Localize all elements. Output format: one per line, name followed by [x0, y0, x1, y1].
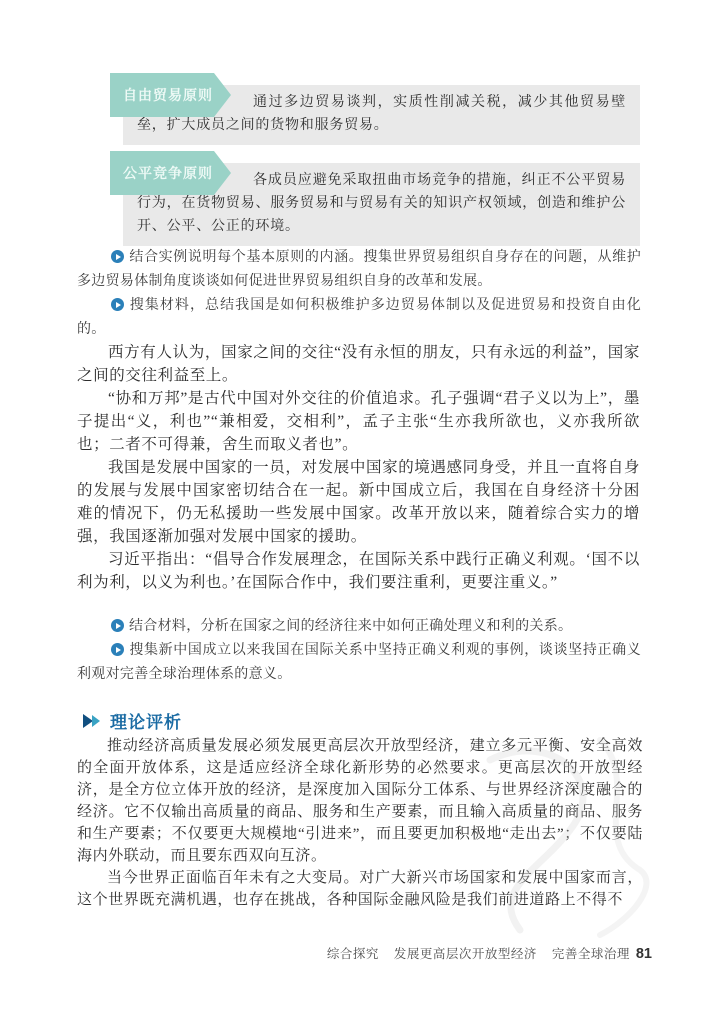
play-bullet-icon [111, 250, 124, 263]
prompt-item: 搜集材料，总结我国是如何积极维护多边贸易体制以及促进贸易和投资自由化的。 [77, 292, 641, 340]
play-bullet-icon [111, 619, 124, 632]
footer-unit-label: 综合探究 [327, 944, 379, 962]
principle-banner-free-trade: 自由贸易原则 通过多边贸易谈判，实质性削减关税，减少其他贸易壁垒，扩大成员之间的… [123, 85, 640, 145]
principle-label-text: 公平竞争原则 [123, 163, 213, 183]
prompt-item: 结合材料，分析在国家之间的经济往来中如何正确处理义和利的关系。 [77, 613, 641, 637]
prompt-item: 搜集新中国成立以来我国在国际关系中坚持正确义利观的事例，谈谈坚持正确义利观对完善… [77, 637, 641, 685]
reading-paragraph: 习近平指出：“倡导合作发展理念，在国际关系中践行正确义利观。‘国不以利为利，以义… [77, 548, 640, 594]
play-bullet-icon [111, 643, 124, 656]
textbook-page: 自由贸易原则 通过多边贸易谈判，实质性削减关税，减少其他贸易壁垒，扩大成员之间的… [0, 0, 714, 1010]
reading-paragraph: “协和万邦”是古代中国对外交往的价值追求。孔子强调“君子义以为上”，墨子提出“义… [77, 387, 640, 456]
principle-banner-label: 公平竞争原则 [110, 151, 214, 195]
prompt-text: 结合材料，分析在国家之间的经济往来中如何正确处理义和利的关系。 [129, 617, 572, 633]
footer-topic-label: 完善全球治理 [552, 944, 630, 962]
principle-banner-fair-competition: 公平竞争原则 各成员应避免采取扭曲市场竞争的措施，纠正不公平贸易行为，在货物贸易… [123, 163, 640, 246]
discussion-prompts-top: 结合实例说明每个基本原则的内涵。搜集世界贸易组织自身存在的问题，从维护多边贸易体… [77, 244, 641, 340]
principle-banner-label: 自由贸易原则 [110, 73, 214, 117]
banner-arrow-shape [214, 151, 231, 195]
footer-lesson-label: 发展更高层次开放型经济 [394, 944, 537, 962]
reading-paragraph: 西方有人认为，国家之间的交往“没有永恒的朋友，只有永远的利益”，国家之间的交往利… [77, 341, 640, 387]
principle-label-text: 自由贸易原则 [123, 85, 213, 105]
prompt-text: 搜集新中国成立以来我国在国际关系中坚持正确义利观的事例，谈谈坚持正确义利观对完善… [77, 641, 641, 681]
page-footer: 综合探究 发展更高层次开放型经济 完善全球治理 81 [0, 944, 714, 962]
section-title: 理论评析 [110, 708, 182, 733]
double-arrow-icon [83, 714, 100, 728]
section-paragraph: 当今世界正面临百年未有之大变局。对广大新兴市场国家和发展中国家而言，这个世界既充… [77, 867, 643, 911]
discussion-prompts-bottom: 结合材料，分析在国家之间的经济往来中如何正确处理义和利的关系。 搜集新中国成立以… [77, 613, 641, 685]
section-header: 理论评析 [83, 708, 182, 733]
reading-paragraph: 我国是发展中国家的一员，对发展中国家的境遇感同身受，并且一直将自身的发展与发展中… [77, 456, 640, 548]
prompt-text: 搜集材料，总结我国是如何积极维护多边贸易体制以及促进贸易和投资自由化的。 [77, 296, 641, 336]
section-body: 推动经济高质量发展必须发展更高层次开放型经济，建立多元平衡、安全高效的全面开放体… [77, 735, 643, 911]
banner-arrow-shape [214, 73, 231, 117]
prompt-text: 结合实例说明每个基本原则的内涵。搜集世界贸易组织自身存在的问题，从维护多边贸易体… [77, 248, 641, 288]
prompt-item: 结合实例说明每个基本原则的内涵。搜集世界贸易组织自身存在的问题，从维护多边贸易体… [77, 244, 641, 292]
reading-material: 西方有人认为，国家之间的交往“没有永恒的朋友，只有永远的利益”，国家之间的交往利… [77, 341, 640, 594]
play-bullet-icon [111, 298, 124, 311]
page-number: 81 [636, 946, 652, 962]
section-paragraph: 推动经济高质量发展必须发展更高层次开放型经济，建立多元平衡、安全高效的全面开放体… [77, 735, 643, 867]
